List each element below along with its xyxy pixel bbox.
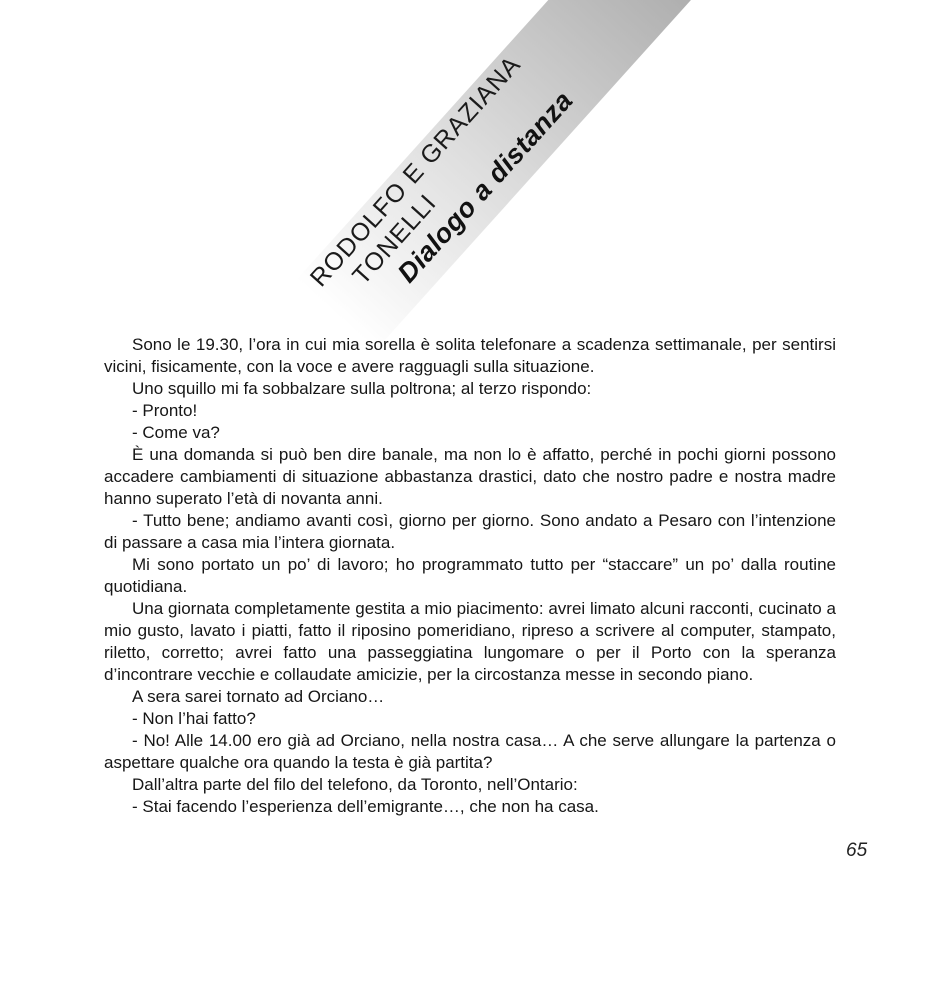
paragraph-dialogue: - Tutto bene; andiamo avanti così, giorn… xyxy=(104,510,836,554)
paragraph: Uno squillo mi fa sobbalzare sulla poltr… xyxy=(104,378,836,400)
page-number: 65 xyxy=(846,840,867,862)
paragraph-dialogue: - Stai facendo l’esperienza dell’emigran… xyxy=(104,796,836,818)
diagonal-banner: RODOLFO E GRAZIANA TONELLI Dialogo a dis… xyxy=(297,0,804,350)
paragraph: Una giornata completamente gestita a mio… xyxy=(104,598,836,686)
paragraph-dialogue: - Come va? xyxy=(104,422,836,444)
paragraph-dialogue: - No! Alle 14.00 ero già ad Orciano, nel… xyxy=(104,730,836,774)
paragraph: A sera sarei tornato ad Orciano… xyxy=(104,686,836,708)
book-page: RODOLFO E GRAZIANA TONELLI Dialogo a dis… xyxy=(0,0,942,1000)
story-text: Sono le 19.30, l’ora in cui mia sorella … xyxy=(104,334,836,818)
paragraph: È una domanda si può ben dire banale, ma… xyxy=(104,444,836,510)
paragraph-dialogue: - Non l’hai fatto? xyxy=(104,708,836,730)
paragraph: Sono le 19.30, l’ora in cui mia sorella … xyxy=(104,334,836,378)
paragraph-dialogue: - Pronto! xyxy=(104,400,836,422)
paragraph: Dall’altra parte del filo del telefono, … xyxy=(104,774,836,796)
paragraph: Mi sono portato un po’ di lavoro; ho pro… xyxy=(104,554,836,598)
